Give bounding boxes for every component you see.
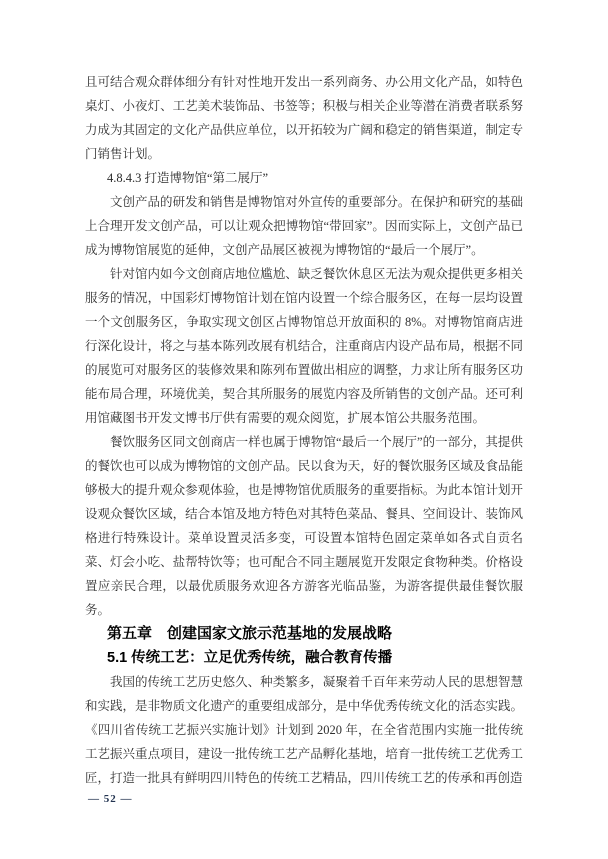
continuation-paragraph: 且可结合观众群体细分有针对性地开发出一系列商务、办公用文化产品，如特色桌灯、小夜… [85, 70, 523, 166]
page-content: 且可结合观众群体细分有针对性地开发出一系列商务、办公用文化产品，如特色桌灯、小夜… [85, 70, 523, 790]
subsection-heading: 5.1 传统工艺：立足优秀传统，融合教育传播 [85, 646, 523, 670]
paragraph-cultural-products: 文创产品的研发和销售是博物馆对外宣传的重要部分。在保护和研究的基础上合理开发文创… [85, 190, 523, 262]
paragraph-service-area: 针对馆内如今文创商店地位尴尬、缺乏餐饮休息区无法为观众提供更多相关服务的情况，中… [85, 262, 523, 430]
page-number: — 52 — [88, 793, 133, 805]
paragraph-traditional-crafts: 我国的传统工艺历史悠久、种类繁多，凝聚着千百年来劳动人民的思想智慧和实践，是非物… [85, 670, 523, 790]
document-page: 且可结合观众群体细分有针对性地开发出一系列商务、办公用文化产品，如特色桌灯、小夜… [0, 0, 608, 859]
chapter-heading: 第五章 创建国家文旅示范基地的发展战略 [85, 622, 523, 646]
section-heading-4-8-4-3: 4.8.4.3 打造博物馆“第二展厅” [85, 166, 523, 190]
paragraph-dining-area: 餐饮服务区同文创商店一样也属于博物馆“最后一个展厅”的一部分，其提供的餐饮也可以… [85, 430, 523, 622]
